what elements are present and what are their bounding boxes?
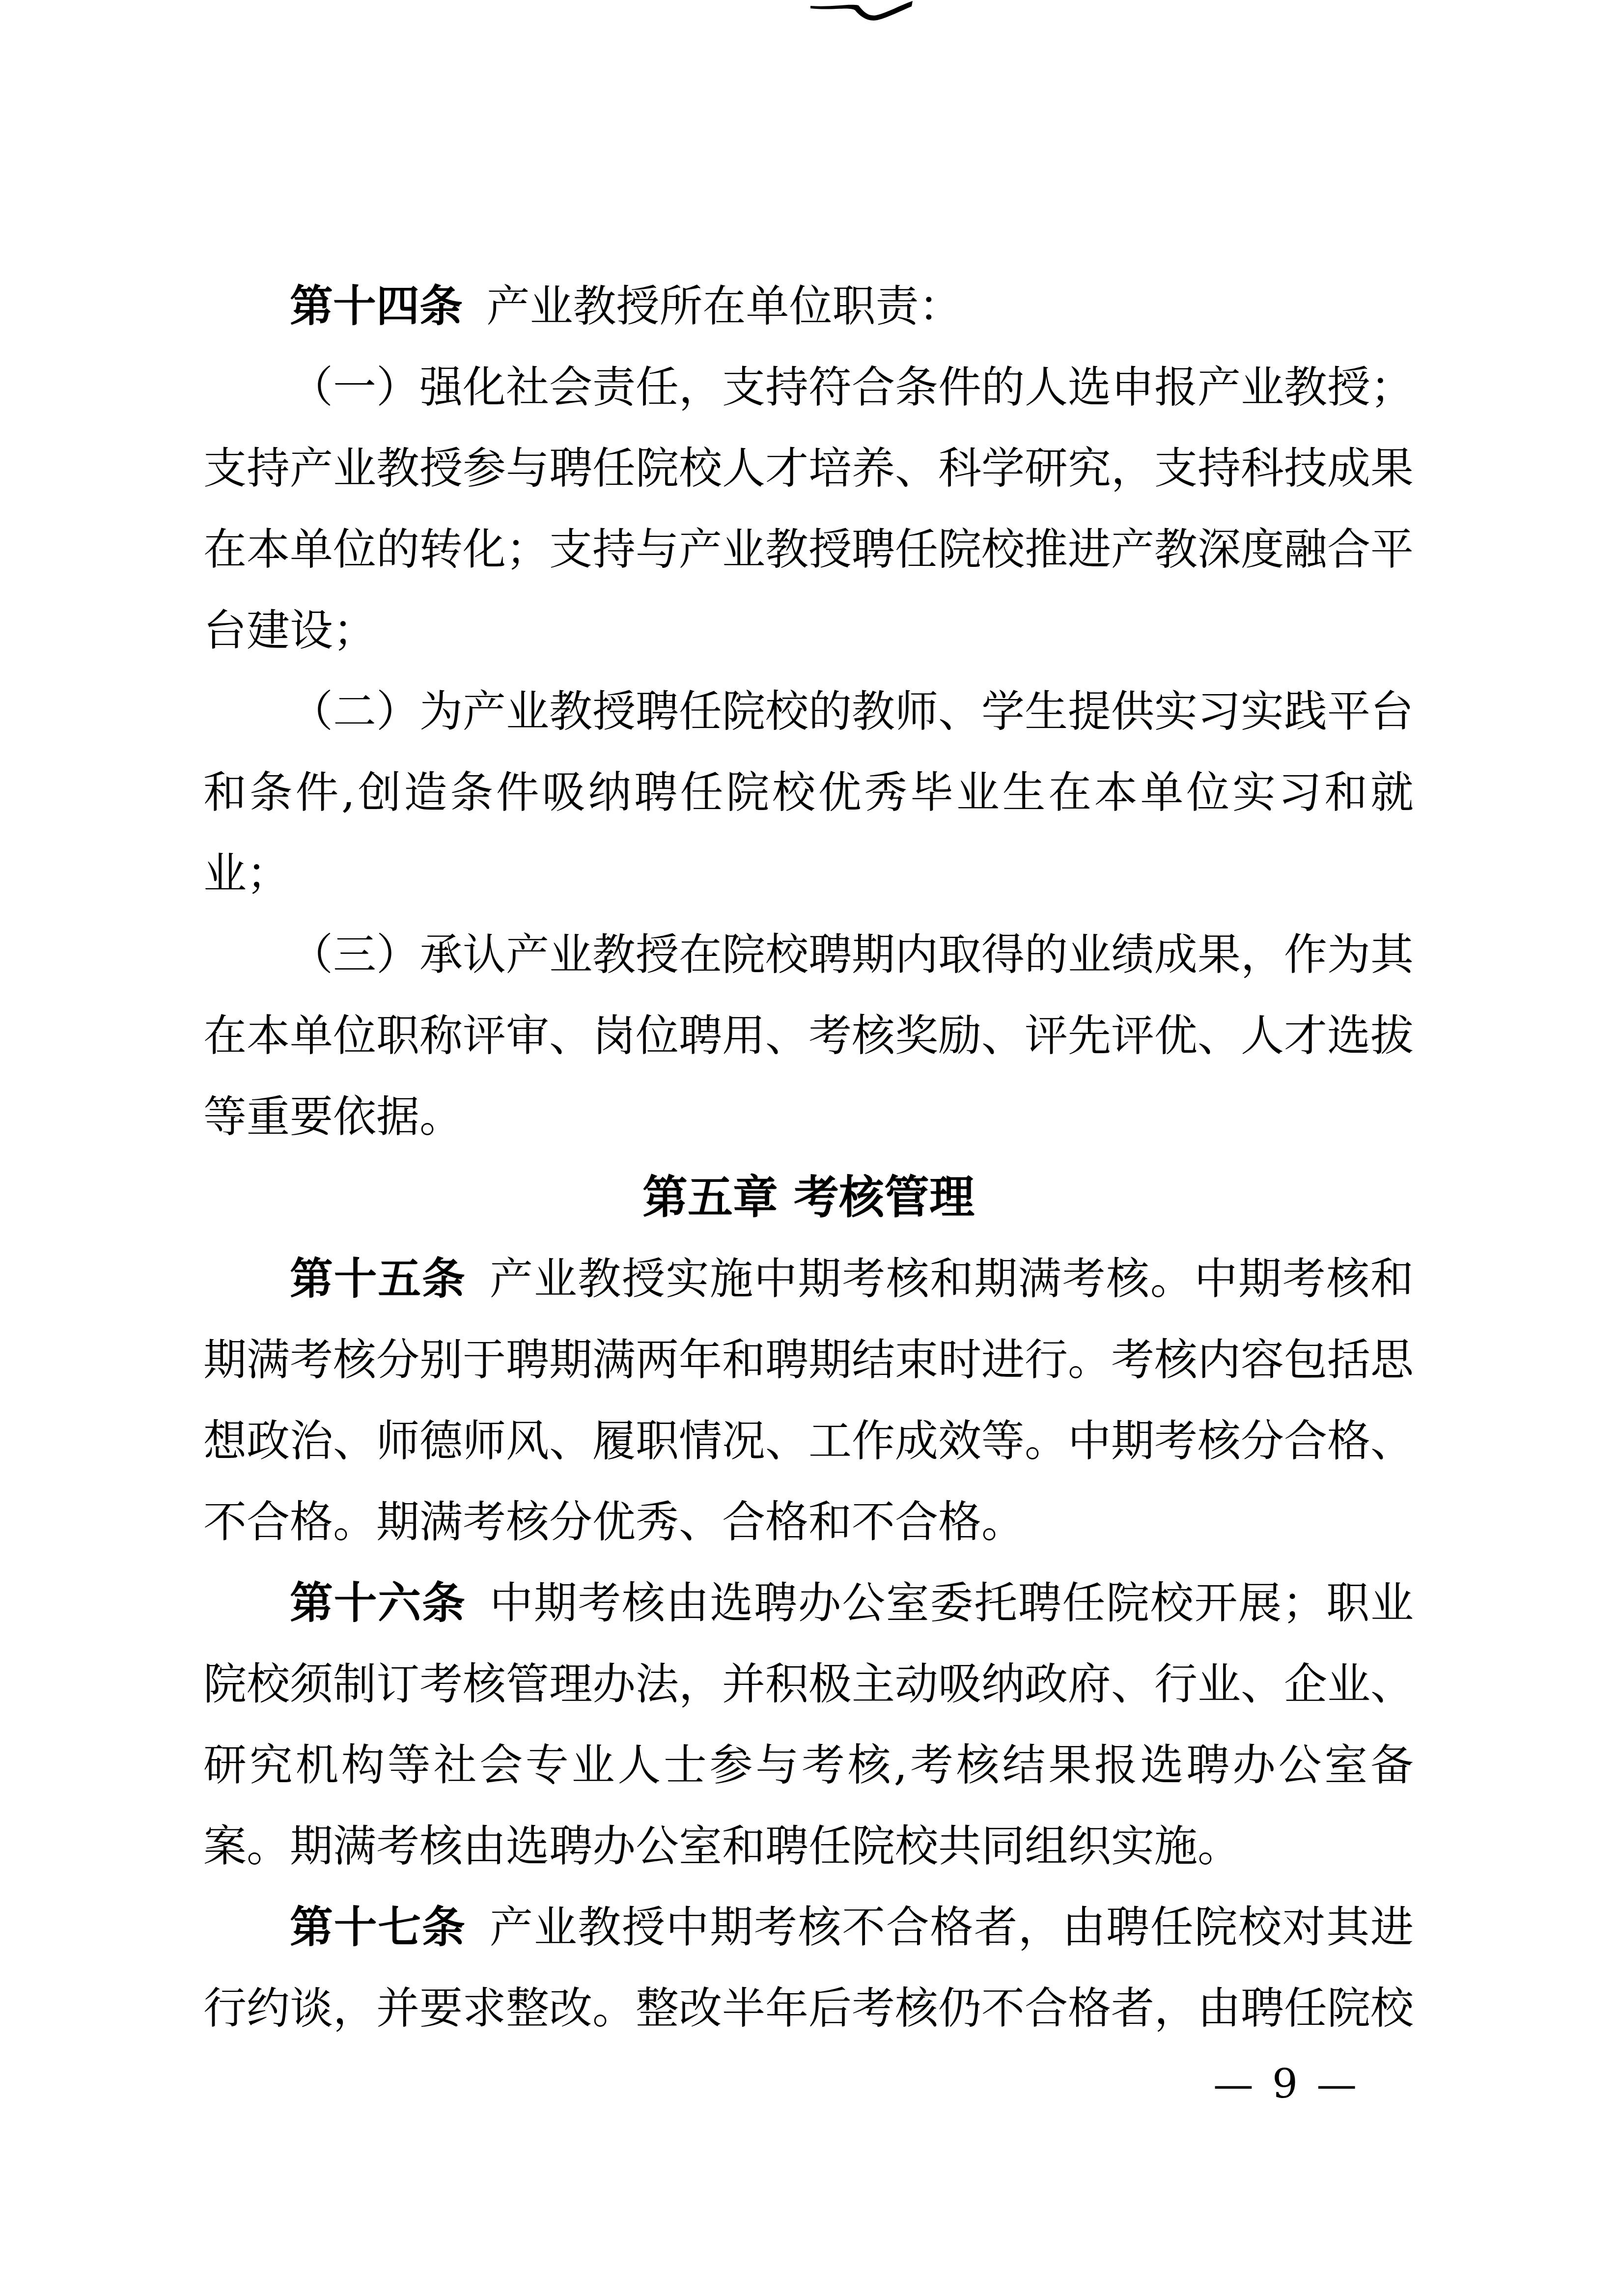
- article-14-item-1: （一）强化社会责任，支持符合条件的人选申报产业教授；支持产业教授参与聘任院校人才…: [203, 346, 1414, 671]
- article-14-item-2: （二）为产业教授聘任院校的教师、学生提供实习实践平台和条件,创造条件吸纳聘任院校…: [203, 671, 1414, 914]
- page-number: — 9 —: [1213, 2061, 1360, 2108]
- document-body: 第十四条产业教授所在单位职责： （一）强化社会责任，支持符合条件的人选申报产业教…: [203, 265, 1414, 2048]
- article-14-text: 产业教授所在单位职责：: [486, 280, 962, 331]
- article-17: 第十七条产业教授中期考核不合格者，由聘任院校对其进行约谈，并要求整改。整改半年后…: [203, 1886, 1414, 2048]
- article-14-number: 第十四条: [290, 280, 463, 331]
- document-page: 第十四条产业教授所在单位职责： （一）强化社会责任，支持符合条件的人选申报产业教…: [0, 0, 1615, 2296]
- chapter-5-heading: 第五章 考核管理: [203, 1157, 1414, 1238]
- article-14-item-3: （三）承认产业教授在院校聘期内取得的业绩成果，作为其在本单位职称评审、岗位聘用、…: [203, 914, 1414, 1157]
- article-14: 第十四条产业教授所在单位职责：: [203, 265, 1414, 346]
- scan-curl-mark: [810, 0, 915, 24]
- article-15: 第十五条产业教授实施中期考核和期满考核。中期考核和期满考核分别于聘期满两年和聘期…: [203, 1238, 1414, 1562]
- article-16: 第十六条中期考核由选聘办公室委托聘任院校开展；职业院校须制订考核管理办法，并积极…: [203, 1562, 1414, 1886]
- article-15-number: 第十五条: [290, 1253, 466, 1304]
- article-16-number: 第十六条: [290, 1577, 466, 1628]
- article-17-number: 第十七条: [290, 1902, 466, 1952]
